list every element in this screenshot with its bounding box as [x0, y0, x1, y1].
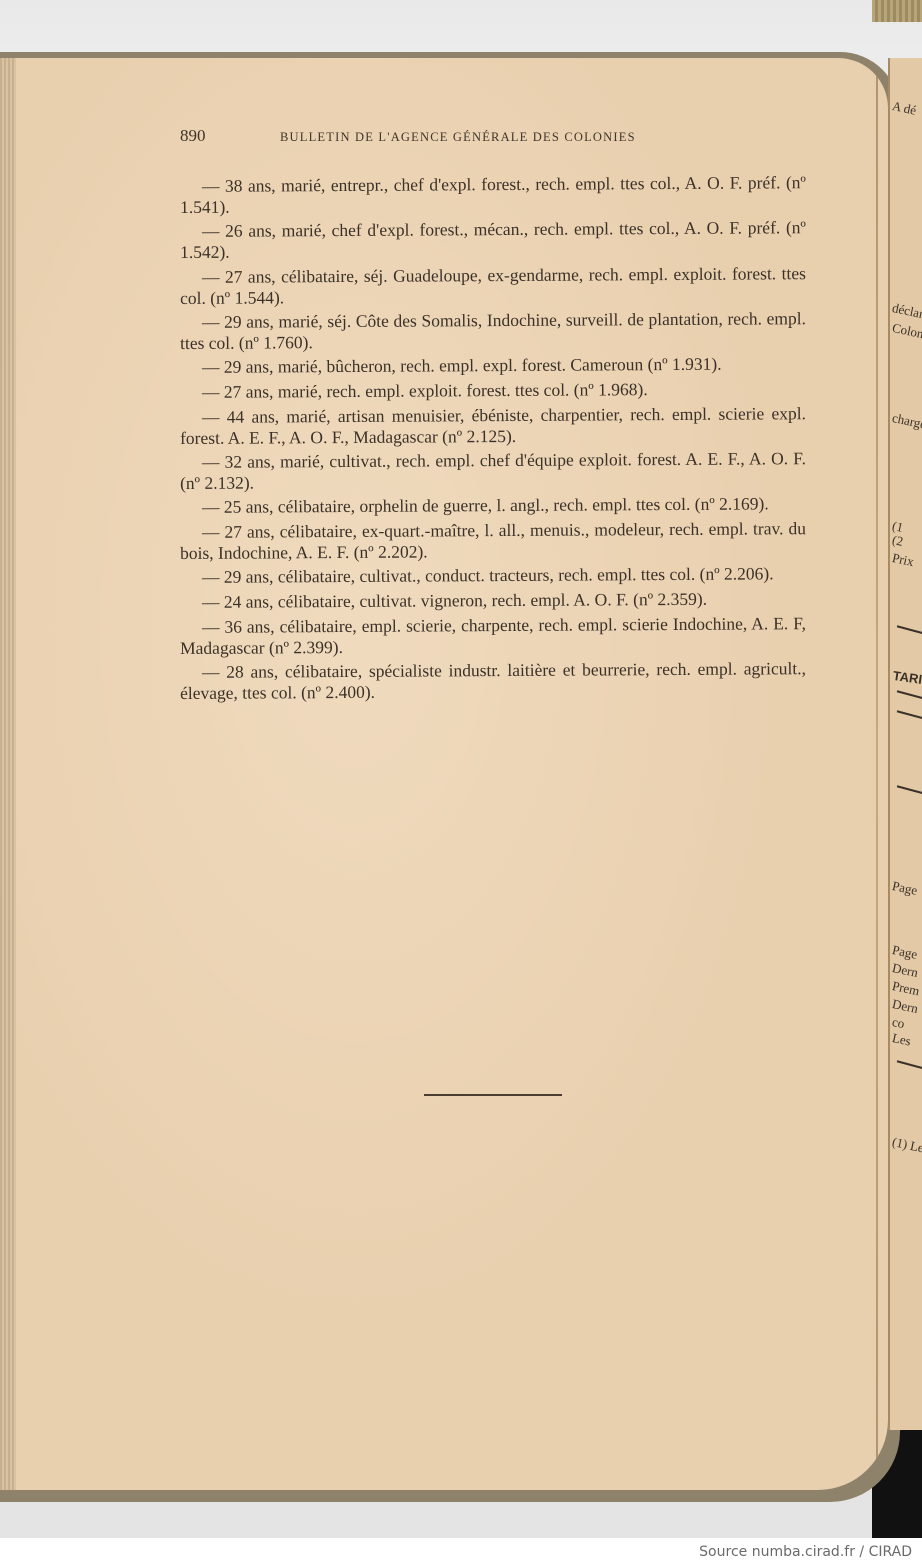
running-head-title: BULLETIN DE L'AGENCE GÉNÉRALE DES COLONI…	[280, 130, 636, 145]
facing-page-text: (1) Les pri	[891, 1134, 922, 1161]
listing-entry: — 25 ans, célibataire, orphelin de guerr…	[180, 494, 806, 518]
facing-page-text: TARIF	[892, 668, 922, 688]
book-spine-cloth	[872, 0, 922, 22]
facing-page-fragment: A dédéclarColoncharge(1(2PrixTARIFPagePa…	[888, 58, 922, 1430]
facing-page-rule	[897, 710, 922, 727]
facing-page-text: charge	[891, 410, 922, 433]
listing-entry: — 44 ans, marié, artisan menuisier, ébén…	[180, 403, 806, 448]
page-number: 890	[180, 126, 206, 146]
page-stack-edge	[0, 58, 16, 1490]
listing-entry: — 27 ans, marié, rech. empl. exploit. fo…	[180, 378, 806, 402]
listing-entry: — 27 ans, célibataire, séj. Guadeloupe, …	[180, 263, 806, 308]
facing-page-rule	[897, 785, 922, 802]
listing-entry: — 38 ans, marié, entrepr., chef d'expl. …	[180, 172, 806, 217]
facing-page-text: déclar	[891, 300, 922, 322]
listing-entry: — 27 ans, célibataire, ex-quart.-maître,…	[180, 518, 806, 563]
facing-page-text: A dé	[891, 98, 918, 119]
listing-entry: — 29 ans, marié, bûcheron, rech. empl. e…	[180, 353, 806, 377]
facing-page-text: Page	[891, 878, 919, 899]
facing-page-text: (2	[891, 532, 905, 550]
listing-entry: — 32 ans, marié, cultivat., rech. empl. …	[180, 448, 806, 493]
source-credit: Source numba.cirad.fr / CIRAD	[699, 1544, 912, 1560]
facing-page-rule	[897, 690, 922, 707]
job-seeker-listing: — 38 ans, marié, entrepr., chef d'expl. …	[180, 176, 806, 708]
listing-entry: — 24 ans, célibataire, cultivat. vignero…	[180, 588, 806, 612]
gutter-line	[876, 58, 878, 1490]
facing-page-rule	[897, 625, 922, 642]
listing-entry: — 28 ans, célibataire, spécialiste indus…	[180, 659, 806, 704]
running-head: 890 BULLETIN DE L'AGENCE GÉNÉRALE DES CO…	[180, 126, 820, 150]
facing-page-rule	[897, 1060, 922, 1077]
listing-entry: — 29 ans, marié, séj. Côte des Somalis, …	[180, 308, 806, 353]
listing-entry: — 26 ans, marié, chef d'expl. forest., m…	[180, 217, 806, 262]
listing-entry: — 36 ans, célibataire, empl. scierie, ch…	[180, 613, 806, 658]
facing-page-text: Les	[891, 1030, 913, 1050]
facing-page-text: Prix	[891, 550, 916, 570]
facing-page-text: Colon	[891, 320, 922, 342]
section-divider	[424, 1094, 562, 1096]
listing-entry: — 29 ans, célibataire, cultivat., conduc…	[180, 564, 806, 588]
